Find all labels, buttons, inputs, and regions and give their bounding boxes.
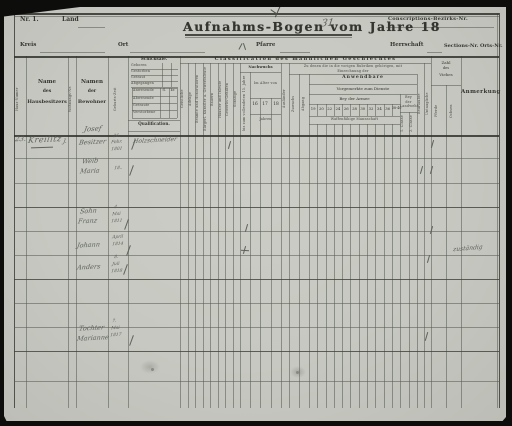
foreigners-column: Ausländer (283, 66, 286, 132)
hand-date: 4. (114, 206, 119, 211)
estate-column-clergy: Geistliche (181, 66, 184, 132)
nachwuchs-year-17: 17 (260, 103, 270, 107)
vieh-horses-column: Pferde (435, 90, 438, 132)
armee-label: Bey der Armee (309, 97, 400, 101)
herrschaft-label: Herrschaft (390, 43, 423, 49)
zuwachs-column: Zuwachs (292, 76, 295, 132)
anmerkung-label: Anmerkung (461, 90, 499, 96)
residents-header-line1: Namen (76, 80, 108, 86)
age-col: 36 (384, 107, 392, 111)
hand-resident: Sohn (79, 208, 97, 215)
beurlaubte-column: Beurlaubte (418, 76, 421, 132)
hand-date: 1801 (111, 148, 123, 153)
age-col: 30 (359, 107, 367, 111)
hand-house-number: 23. (14, 136, 26, 144)
scan-border-left (0, 0, 4, 426)
age-col: 26 (342, 107, 350, 111)
vieh-header-line1: Zahl (431, 61, 461, 65)
scan-border-bottom (0, 421, 512, 426)
estate-column-journeymen: Gewerbs-Gehilfen (226, 66, 229, 132)
estate-column-officials: Beamte und Honoratioren (196, 66, 199, 132)
nachwuchs-jahren-label: Jahren (250, 118, 281, 121)
schicksale-subrow: Verstorbene (133, 111, 156, 114)
schicksale-subrow: Abwesende (133, 97, 154, 100)
owner-header-line1: Name (27, 80, 67, 86)
landwehr-class-1: 1. Classe (401, 113, 404, 134)
form-title: Aufnahms-Bogen vom Jahre 18 (183, 21, 333, 34)
age-col: 34 (375, 107, 383, 111)
anwendbare-label: Anwendbare (309, 76, 417, 81)
hand-resident: Tochter (78, 324, 104, 332)
untaugliche-column: Untaugliche (426, 76, 429, 132)
strip-label: Waffenfähige Mannschaft (309, 118, 400, 121)
schicksale-row: Getraut (131, 76, 145, 79)
landwehr-class-2: 2. Classe (410, 113, 413, 134)
nachwuchs-label: Nachwuchs (240, 65, 281, 69)
hand-resident: Franz (77, 217, 97, 225)
scanned-census-form: Nr. 1. Land Conscriptions-Bezirks-Nr. Au… (0, 0, 512, 426)
handwritten-year: 31 (320, 19, 334, 30)
hand-mark: J. (63, 139, 68, 145)
hand-date: 8. (114, 256, 119, 261)
hand-date: 1811 (111, 220, 123, 225)
ort-label: Ort (118, 43, 128, 49)
hand-date: Mai (111, 327, 120, 332)
estate-column-burghers: Bürgerl. Künstler u. Gewerbsleute (204, 66, 207, 132)
hand-date: Febr. (111, 141, 123, 146)
age-col: 19 (309, 107, 317, 111)
group-text-line2: Einrechnung der (290, 70, 416, 73)
hand-resident: Weib (81, 158, 98, 165)
nachwuchs-alter-label: Im Alter von (250, 82, 281, 85)
land-label: Land (62, 17, 79, 23)
nachwuchs-until-column: bis zum vollendeten 15. Jahre (243, 74, 246, 132)
vieh-oxen-column: Ochsen (450, 90, 453, 132)
age-col: 24 (334, 107, 342, 111)
birth-date-column-header: Geburts-Zeit (114, 66, 117, 132)
schicksale-row: Abgegangen (131, 82, 154, 85)
money-col-kr: kr. (169, 89, 177, 92)
scan-border-top (0, 0, 512, 7)
landwehr-line3: Landwehr (400, 105, 417, 108)
group-text-line1: Zu denen die in die vorigen Rubriken geh… (290, 65, 416, 68)
dwelling-number-column-header: Wohnungs-Nr. (69, 66, 72, 132)
hand-date: April (112, 236, 124, 241)
nachwuchs-year-16: 16 (250, 103, 260, 107)
hand-date: Mai (112, 213, 121, 218)
form-number-label: Nr. 1. (20, 17, 39, 23)
schicksale-row: Gestorben (131, 70, 150, 73)
hand-resident: Marianne (77, 334, 110, 342)
hand-resident: Johann (76, 241, 100, 249)
hand-date: 18.. (114, 167, 123, 172)
vorgemerkte-label: Vorgemerkte zum Dienste (309, 87, 417, 91)
age-col: 28 (350, 107, 358, 111)
kreis-label: Kreis (20, 43, 36, 49)
landwehr-line1: Bey (400, 96, 417, 99)
scan-border-right (506, 0, 512, 426)
hand-resident-first: Josef (83, 126, 101, 134)
hand-date: 1817 (110, 334, 122, 339)
hand-date: 7. (112, 320, 117, 325)
estate-column-others: Sonstige (234, 66, 237, 132)
classification-title: Classification des männlichen Geschlecht… (180, 57, 431, 62)
estate-column-nobles: Adelige (189, 66, 192, 132)
hand-resident: Anders (76, 263, 100, 271)
sections-label: Sections-Nr. (444, 44, 478, 49)
age-col: 22 (326, 107, 334, 111)
hand-date: 1818 (111, 270, 123, 275)
schicksale-subrow: Anwesende (133, 89, 154, 92)
schicksale-title: Schicksale. (128, 57, 180, 61)
residents-header-line2: der (76, 90, 108, 95)
owner-header-line2: des (27, 90, 67, 95)
owner-header-line3: Hausbesitzers (27, 100, 67, 105)
residents-header-line3: Bewohner (76, 100, 108, 105)
age-col: 32 (367, 107, 375, 111)
money-col-fl: fl. (160, 89, 169, 92)
age-col: 38-40 (392, 107, 400, 110)
estate-column-cottagers: Häusler und Inleute (219, 66, 222, 132)
hand-resident: Maria (79, 167, 100, 175)
estate-column-peasants: Bauern (211, 66, 214, 132)
hand-resident-relation: Besitzer (78, 138, 106, 146)
vieh-header-line2: des (431, 67, 461, 71)
house-number-column-header: Haus-Numer (16, 66, 19, 132)
orts-label: Orts-Nr. (480, 44, 503, 49)
qualification-label: Qualification. (128, 122, 180, 126)
age-col: 20 (317, 107, 325, 111)
nachwuchs-year-18: 18 (271, 103, 281, 107)
hand-date: 1814 (112, 243, 124, 248)
abgang-column: Abgang (302, 76, 305, 132)
schicksale-subrow: Getraute (133, 104, 149, 107)
schicksale-row: Geboren (131, 64, 147, 67)
hand-date: Juli (112, 263, 120, 268)
pfarre-label: Pfarre (256, 43, 275, 49)
vieh-header-line3: Viehes (431, 73, 461, 77)
